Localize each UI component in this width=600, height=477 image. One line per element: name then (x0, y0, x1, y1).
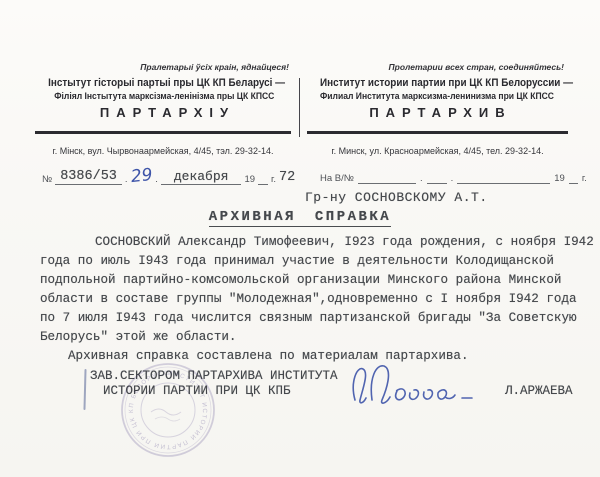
slogan-russian: Пролетарии всех стран, соединяйтесь! (306, 62, 568, 72)
reference-number: 8386/53 (55, 169, 122, 185)
round-stamp: ИНСТИТУТ ИСТОРИИ ПАРТИИ ПРИ ЦК КП БЕЛОРУ… (118, 360, 218, 460)
body-paragraph: СОСНОВСКИЙ Александр Тимофеевич, I923 го… (40, 233, 580, 347)
year-g-label: г. (271, 174, 276, 185)
reply-quote-open: . (420, 173, 423, 184)
reply-number-blank (358, 172, 416, 184)
reply-g-label: г. (582, 173, 587, 184)
recipient-line: Гр-ну СОСНОВСКОМУ А.Т. (305, 190, 488, 205)
body-line: Белорусь" этой же области. (40, 328, 580, 347)
body-line: подпольной партийно-комсомольской органи… (40, 271, 580, 290)
handwritten-day: 29 (130, 167, 153, 186)
year-blank (258, 173, 268, 185)
archive-name-russian: ПАРТАРХИВ (306, 105, 568, 120)
number-label: № (42, 174, 52, 185)
institute-branch-belarusian: Філіял Інстытута марксізма-ленінізма пры… (54, 91, 274, 102)
pen-margin-mark (83, 369, 86, 410)
slogan-belarusian: Пралетарыі ўсіх краін, яднайцеся! (35, 62, 293, 72)
document-title: АРХИВНАЯ СПРАВКА (209, 209, 391, 227)
letterhead-rule-right (307, 131, 568, 134)
institute-branch-russian: Филиал Института марксизма-ленинизма при… (320, 91, 554, 102)
body-line: СОСНОВСКИЙ Александр Тимофеевич, I923 го… (40, 233, 580, 252)
letterhead-left: Пралетарыі ўсіх краін, яднайцеся! Інстыт… (35, 62, 293, 120)
month-typed: декабря (161, 169, 242, 185)
reply-label: На В/№ (320, 173, 354, 184)
day-quote-open: . (125, 174, 128, 185)
body-line: области в составе группы "Молодежная",од… (40, 290, 580, 309)
reply-quote-close: . (451, 173, 454, 184)
institute-name-belarusian: Інстытут гісторыі партыі пры ЦК КП Белар… (48, 77, 285, 89)
letterhead-column-divider (299, 78, 300, 137)
reply-year: 19 (554, 173, 565, 184)
reply-reference-line: На В/№ . . 19 г. (320, 172, 587, 184)
year-typed: 72 (279, 170, 295, 185)
address-russian: г. Минск, ул. Красноармейская, 4/45, тел… (307, 146, 568, 156)
signatory-name: Л.АРЖАЕВА (505, 384, 573, 398)
body-line: года по июль I943 года принимал участие … (40, 252, 580, 271)
year-prefix: 19 (244, 174, 255, 185)
scanned-document: Пралетарыі ўсіх краін, яднайцеся! Інстыт… (0, 0, 600, 477)
reply-day-blank (427, 172, 447, 184)
letterhead-rule-left (35, 131, 291, 134)
archive-name-belarusian: ПАРТАРХІУ (35, 105, 293, 120)
institute-name-russian: Институт истории партии при ЦК КП Белору… (320, 77, 573, 89)
reference-line: № 8386/53 . 29 . декабря 19 г. 72 (42, 168, 295, 185)
reply-year-blank (569, 172, 578, 184)
document-title-wrap: АРХИВНАЯ СПРАВКА (0, 207, 600, 225)
reply-month-blank (457, 172, 550, 184)
address-belarusian: г. Мінск, вул. Чырвонаармейская, 4/45, т… (35, 146, 291, 156)
handwritten-signature (345, 358, 480, 414)
day-quote-close: . (155, 174, 158, 185)
body-line: по 7 июля I943 года числится связным пар… (40, 309, 580, 328)
letterhead-right: Пролетарии всех стран, соединяйтесь! Инс… (306, 62, 568, 120)
